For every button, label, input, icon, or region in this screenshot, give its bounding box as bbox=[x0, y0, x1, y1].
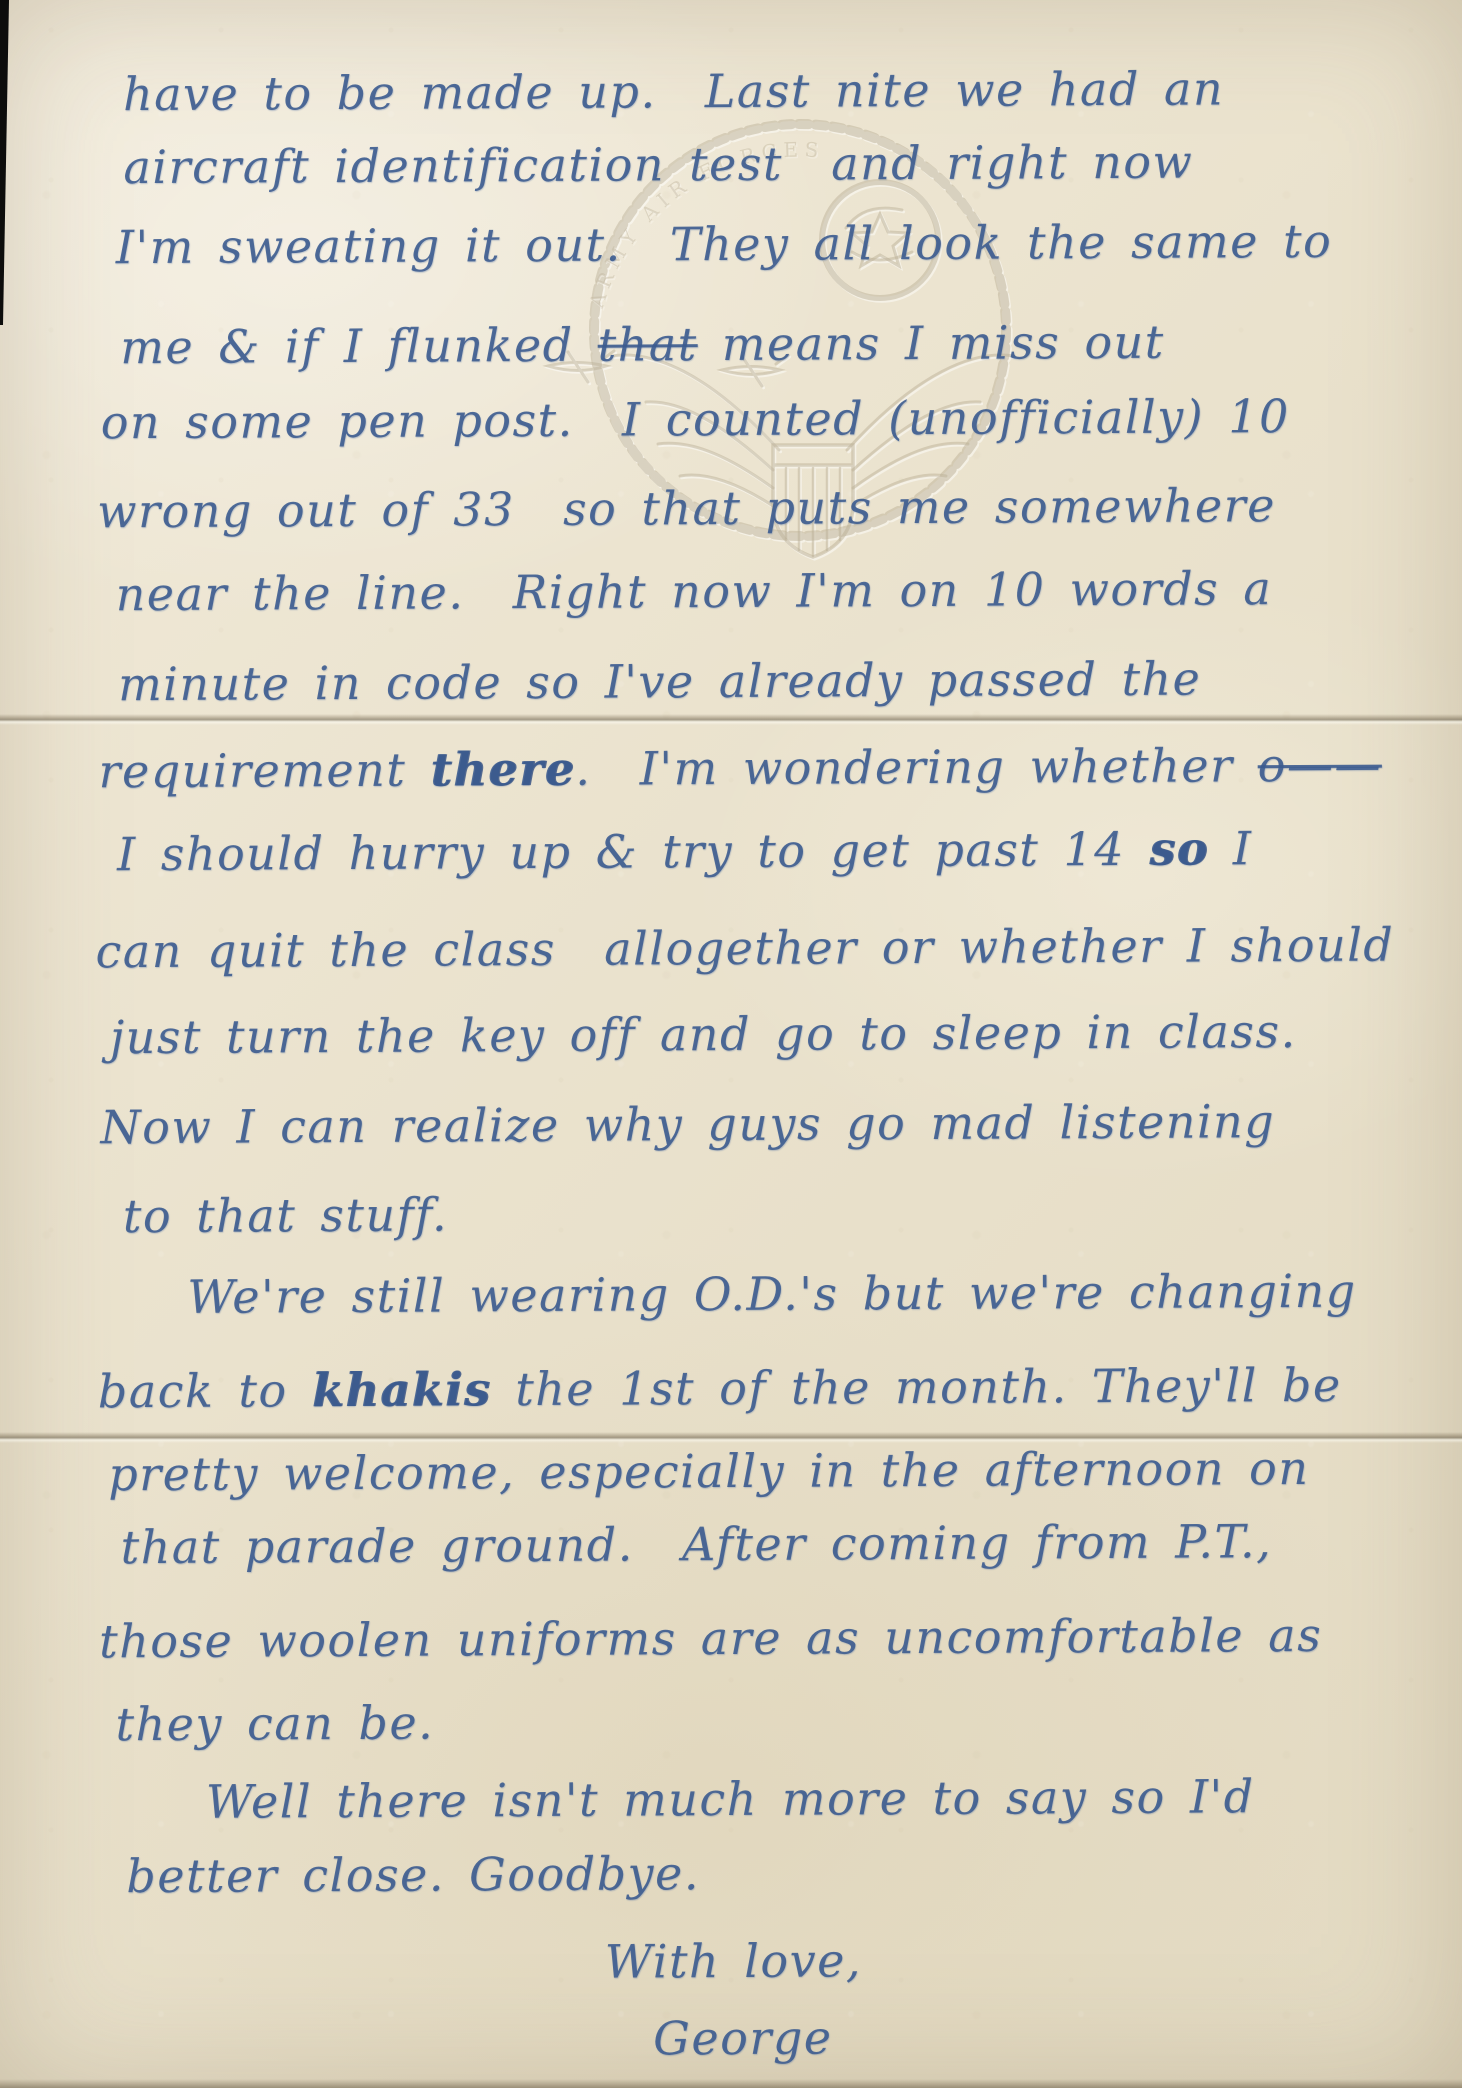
letter-line: just turn the key off and go to sleep in… bbox=[110, 1002, 1297, 1068]
letter-line: Now I can realize why guys go mad listen… bbox=[100, 1092, 1275, 1158]
letter-line: I'm sweating it out. They all look the s… bbox=[116, 212, 1333, 278]
letter-line: to that stuff. bbox=[123, 1185, 449, 1246]
valediction-line: With love, bbox=[605, 1931, 862, 1992]
letter-scan-page: ARMY AIR FORCES ARMY AIR FORCES have to … bbox=[0, 0, 1462, 2088]
letter-line: wrong out of 33 so that puts me somewher… bbox=[97, 476, 1276, 542]
line-segment: requirement bbox=[98, 743, 430, 799]
line-segment: the 1st of the month. They'll be bbox=[491, 1358, 1342, 1416]
overwritten-word: khakis bbox=[312, 1362, 492, 1417]
line-segment: back to bbox=[98, 1363, 312, 1418]
letter-line: better close. Goodbye. bbox=[126, 1844, 700, 1907]
letter-line: that parade ground. After coming from P.… bbox=[120, 1512, 1272, 1578]
letter-line: those woolen uniforms are as uncomfortab… bbox=[99, 1606, 1322, 1672]
letter-line: back to khakis the 1st of the month. The… bbox=[98, 1356, 1342, 1422]
letter-line: have to be made up. Last nite we had an bbox=[123, 59, 1224, 125]
letter-line: pretty welcome, especially in the aftern… bbox=[108, 1439, 1309, 1505]
line-segment: me & if I flunked bbox=[120, 318, 598, 374]
letter-line: near the line. Right now I'm on 10 words… bbox=[115, 559, 1272, 625]
line-segment: I bbox=[1209, 821, 1253, 875]
signature-line: George bbox=[653, 2008, 833, 2069]
letter-body: have to be made up. Last nite we had an … bbox=[0, 0, 1462, 2088]
letter-line: I should hurry up & try to get past 14 s… bbox=[117, 819, 1253, 885]
letter-line: minute in code so I've already passed th… bbox=[118, 650, 1202, 715]
line-segment: I should hurry up & try to get past 14 bbox=[117, 822, 1149, 881]
strikethrough-word: that bbox=[598, 317, 698, 372]
strikethrough-word: o—— bbox=[1258, 738, 1382, 793]
letter-line: requirement there. I'm wondering whether… bbox=[98, 736, 1382, 803]
line-segment: means I miss out bbox=[698, 315, 1165, 371]
overwritten-word: so bbox=[1149, 821, 1209, 875]
letter-line: aircraft identification test and right n… bbox=[123, 133, 1193, 198]
letter-line: me & if I flunked that means I miss out bbox=[120, 313, 1165, 378]
overwritten-word: there bbox=[430, 742, 575, 797]
letter-line: can quit the class allogether or whether… bbox=[95, 916, 1394, 983]
line-segment: . I'm wondering whether bbox=[575, 738, 1258, 796]
letter-line: Well there isn't much more to say so I'd bbox=[206, 1767, 1255, 1832]
letter-line: they can be. bbox=[115, 1694, 434, 1755]
letter-line: We're still wearing O.D.'s but we're cha… bbox=[187, 1262, 1357, 1328]
letter-line: on some pen post. I counted (unofficiall… bbox=[101, 387, 1290, 453]
